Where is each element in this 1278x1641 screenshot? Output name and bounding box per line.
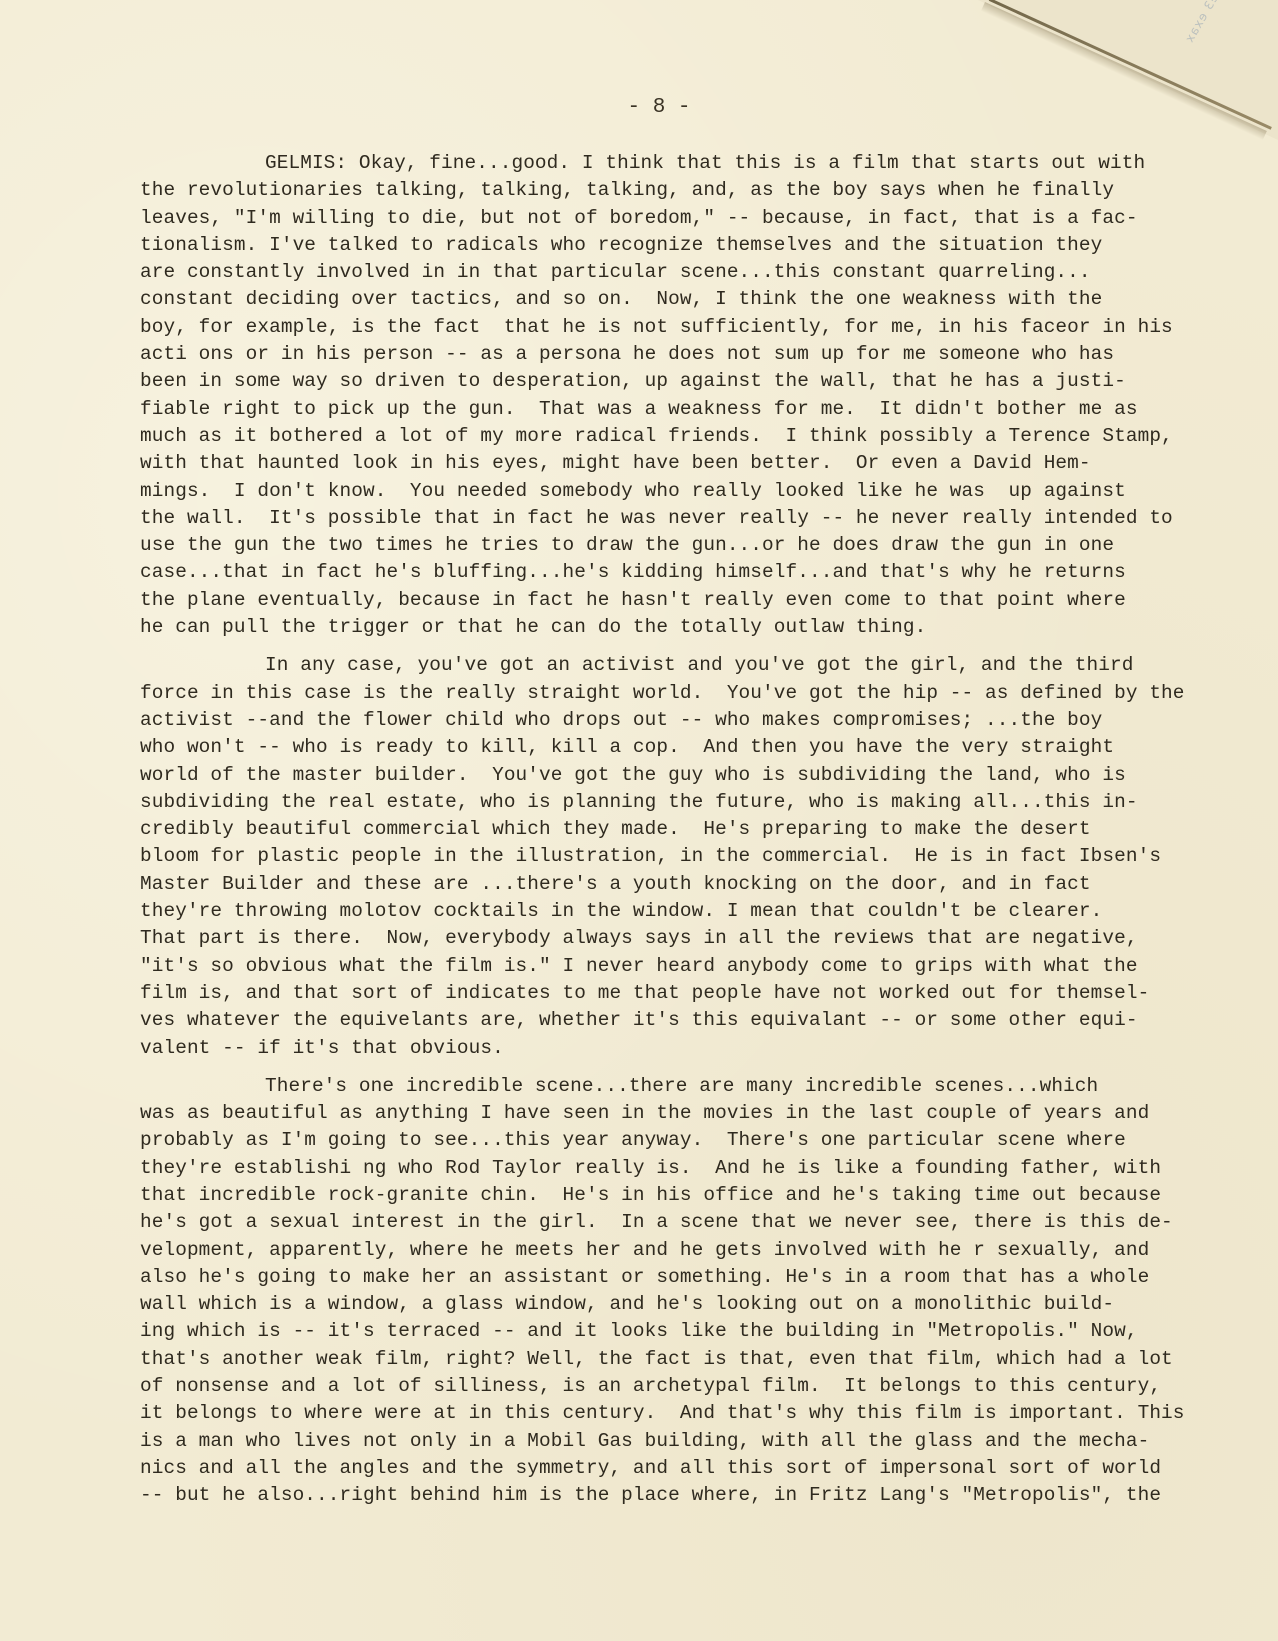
text-line: subdividing the real estate, who is plan… — [140, 789, 1200, 816]
text-line: they're establishi ng who Rod Taylor rea… — [140, 1155, 1200, 1182]
text-line: who won't -- who is ready to kill, kill … — [140, 734, 1200, 761]
text-line: that incredible rock-granite chin. He's … — [140, 1182, 1200, 1209]
text-line: There's one incredible scene...there are… — [140, 1073, 1200, 1100]
text-line: velopment, apparently, where he meets he… — [140, 1237, 1200, 1264]
text-line: "it's so obvious what the film is." I ne… — [140, 953, 1200, 980]
text-line: That part is there. Now, everybody alway… — [140, 925, 1200, 952]
paragraph-1: GELMIS: Okay, fine...good. I think that … — [140, 150, 1200, 641]
paragraph-2: In any case, you've got an activist and … — [140, 652, 1200, 1061]
text-line: the plane eventually, because in fact he… — [140, 587, 1200, 614]
text-line: he's got a sexual interest in the girl. … — [140, 1209, 1200, 1236]
text-line: also he's going to make her an assistant… — [140, 1264, 1200, 1291]
text-line: with that haunted look in his eyes, migh… — [140, 450, 1200, 477]
typed-transcript: GELMIS: Okay, fine...good. I think that … — [140, 150, 1200, 1521]
text-line: In any case, you've got an activist and … — [140, 652, 1200, 679]
text-line: the wall. It's possible that in fact he … — [140, 505, 1200, 532]
text-line: was as beautiful as anything I have seen… — [140, 1100, 1200, 1127]
text-line: bloom for plastic people in the illustra… — [140, 843, 1200, 870]
text-line: tionalism. I've talked to radicals who r… — [140, 232, 1200, 259]
text-line: fiable right to pick up the gun. That wa… — [140, 396, 1200, 423]
text-line: force in this case is the really straigh… — [140, 680, 1200, 707]
text-line: much as it bothered a lot of my more rad… — [140, 423, 1200, 450]
text-line: case...that in fact he's bluffing...he's… — [140, 559, 1200, 586]
text-line: acti ons or in his person -- as a person… — [140, 341, 1200, 368]
text-line: ing which is -- it's terraced -- and it … — [140, 1318, 1200, 1345]
text-line: ves whatever the equivelants are, whethe… — [140, 1007, 1200, 1034]
text-line: been in some way so driven to desperatio… — [140, 368, 1200, 395]
text-line: Master Builder and these are ...there's … — [140, 871, 1200, 898]
text-line: nics and all the angles and the symmetry… — [140, 1455, 1200, 1482]
text-line: boy, for example, is the fact that he is… — [140, 314, 1200, 341]
text-line: wall which is a window, a glass window, … — [140, 1291, 1200, 1318]
text-line: valent -- if it's that obvious. — [140, 1035, 1200, 1062]
text-line: of nonsense and a lot of silliness, is a… — [140, 1373, 1200, 1400]
text-line: mings. I don't know. You needed somebody… — [140, 478, 1200, 505]
document-page: ieie3 exax - 8 - GELMIS: Okay, fine...go… — [0, 0, 1278, 1641]
text-line: activist --and the flower child who drop… — [140, 707, 1200, 734]
text-line: leaves, "I'm willing to die, but not of … — [140, 205, 1200, 232]
text-line: film is, and that sort of indicates to m… — [140, 980, 1200, 1007]
text-line: the revolutionaries talking, talking, ta… — [140, 177, 1200, 204]
text-line: -- but he also...right behind him is the… — [140, 1482, 1200, 1509]
text-line: that's another weak film, right? Well, t… — [140, 1346, 1200, 1373]
text-line: are constantly involved in in that parti… — [140, 259, 1200, 286]
text-line: probably as I'm going to see...this year… — [140, 1127, 1200, 1154]
text-line: he can pull the trigger or that he can d… — [140, 614, 1200, 641]
text-line: they're throwing molotov cocktails in th… — [140, 898, 1200, 925]
text-line: world of the master builder. You've got … — [140, 762, 1200, 789]
paragraph-3: There's one incredible scene...there are… — [140, 1073, 1200, 1510]
text-line: credibly beautiful commercial which they… — [140, 816, 1200, 843]
text-line: use the gun the two times he tries to dr… — [140, 532, 1200, 559]
text-line: it belongs to where were at in this cent… — [140, 1400, 1200, 1427]
text-line: GELMIS: Okay, fine...good. I think that … — [140, 150, 1200, 177]
page-number: - 8 - — [0, 96, 1278, 119]
text-line: constant deciding over tactics, and so o… — [140, 286, 1200, 313]
text-line: is a man who lives not only in a Mobil G… — [140, 1428, 1200, 1455]
